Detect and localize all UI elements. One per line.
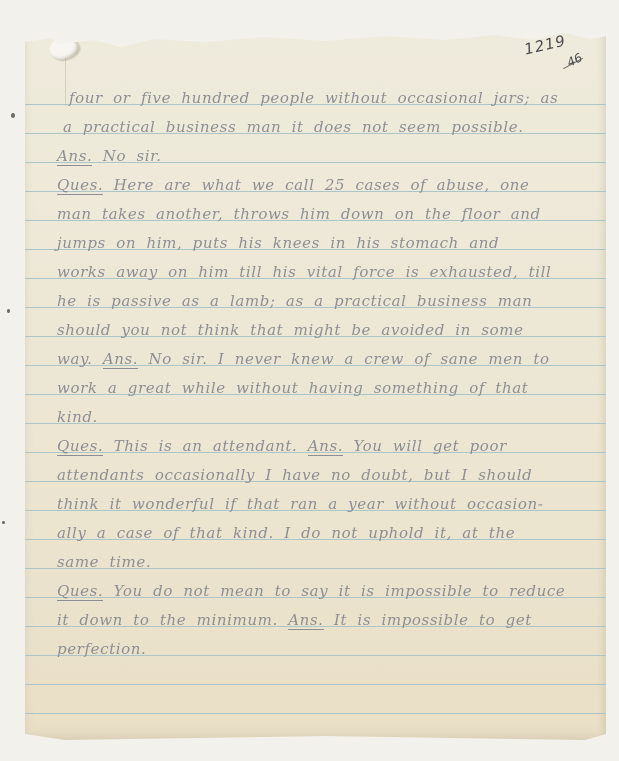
handwritten-line: he is passive as a lamb; as a practical … (25, 279, 606, 308)
handwritten-text: it down to the minimum. Ans. It is impos… (57, 611, 532, 629)
scan-speck (11, 113, 15, 118)
paper-tear-blemish (46, 33, 81, 64)
scan-speck (2, 521, 5, 524)
handwritten-line: Ques. You do not mean to say it is impos… (25, 569, 606, 598)
handwritten-line: Ans. No sir. (25, 134, 606, 163)
handwritten-text: Ques. You do not mean to say it is impos… (57, 582, 565, 600)
corner-crease (546, 0, 578, 33)
handwritten-line: ally a case of that kind. I do not uphol… (25, 511, 606, 540)
handwritten-text: four or five hundred people without occa… (69, 89, 558, 107)
handwritten-text: a practical business man it does not see… (63, 118, 524, 136)
handwritten-text: works away on him till his vital force i… (57, 263, 551, 281)
handwritten-line (25, 714, 606, 740)
handwritten-line: perfection. (25, 627, 606, 656)
handwritten-line: should you not think that might be avoid… (25, 308, 606, 337)
handwritten-text: jumps on him, puts his knees in his stom… (57, 234, 499, 252)
handwritten-text: Ans. No sir. (57, 147, 162, 165)
handwritten-text: kind. (57, 408, 98, 426)
handwritten-line: kind. (25, 395, 606, 424)
handwritten-line: Ques. This is an attendant. Ans. You wil… (25, 424, 606, 453)
handwritten-line: jumps on him, puts his knees in his stom… (25, 221, 606, 250)
paper-sheet: 1219 46 four or five hundred people with… (25, 30, 606, 740)
handwritten-text: he is passive as a lamb; as a practical … (57, 292, 532, 310)
handwritten-line: man takes another, throws him down on th… (25, 192, 606, 221)
handwritten-text: ally a case of that kind. I do not uphol… (57, 524, 515, 542)
handwritten-line: a practical business man it does not see… (25, 105, 606, 134)
scan-speck (7, 309, 10, 313)
handwritten-line: attendants occasionally I have no doubt,… (25, 453, 606, 482)
handwritten-line: Ques. Here are what we call 25 cases of … (25, 163, 606, 192)
page-number: 1219 (522, 31, 567, 58)
handwritten-line: work a great while without having someth… (25, 366, 606, 395)
handwritten-text: Ques. This is an attendant. Ans. You wil… (57, 437, 507, 455)
handwritten-line: four or five hundred people without occa… (25, 76, 606, 105)
handwritten-text: work a great while without having someth… (57, 379, 528, 397)
handwritten-text: attendants occasionally I have no doubt,… (57, 466, 532, 484)
handwritten-text: should you not think that might be avoid… (57, 321, 524, 339)
handwritten-text: Ques. Here are what we call 25 cases of … (57, 176, 530, 194)
handwritten-line: works away on him till his vital force i… (25, 250, 606, 279)
ruled-lines: four or five hundred people without occa… (25, 76, 606, 740)
handwritten-line: think it wonderful if that ran a year wi… (25, 482, 606, 511)
handwritten-line: same time. (25, 540, 606, 569)
handwritten-line: it down to the minimum. Ans. It is impos… (25, 598, 606, 627)
handwritten-line (25, 685, 606, 714)
handwritten-line: way. Ans. No sir. I never knew a crew of… (25, 337, 606, 366)
handwritten-line (25, 656, 606, 685)
handwritten-text: same time. (57, 553, 151, 571)
handwritten-text: think it wonderful if that ran a year wi… (57, 495, 543, 513)
scanned-page: 1219 46 four or five hundred people with… (0, 0, 619, 761)
handwritten-text: way. Ans. No sir. I never knew a crew of… (57, 350, 550, 368)
handwritten-text: perfection. (57, 640, 146, 658)
handwritten-text: man takes another, throws him down on th… (57, 205, 541, 223)
